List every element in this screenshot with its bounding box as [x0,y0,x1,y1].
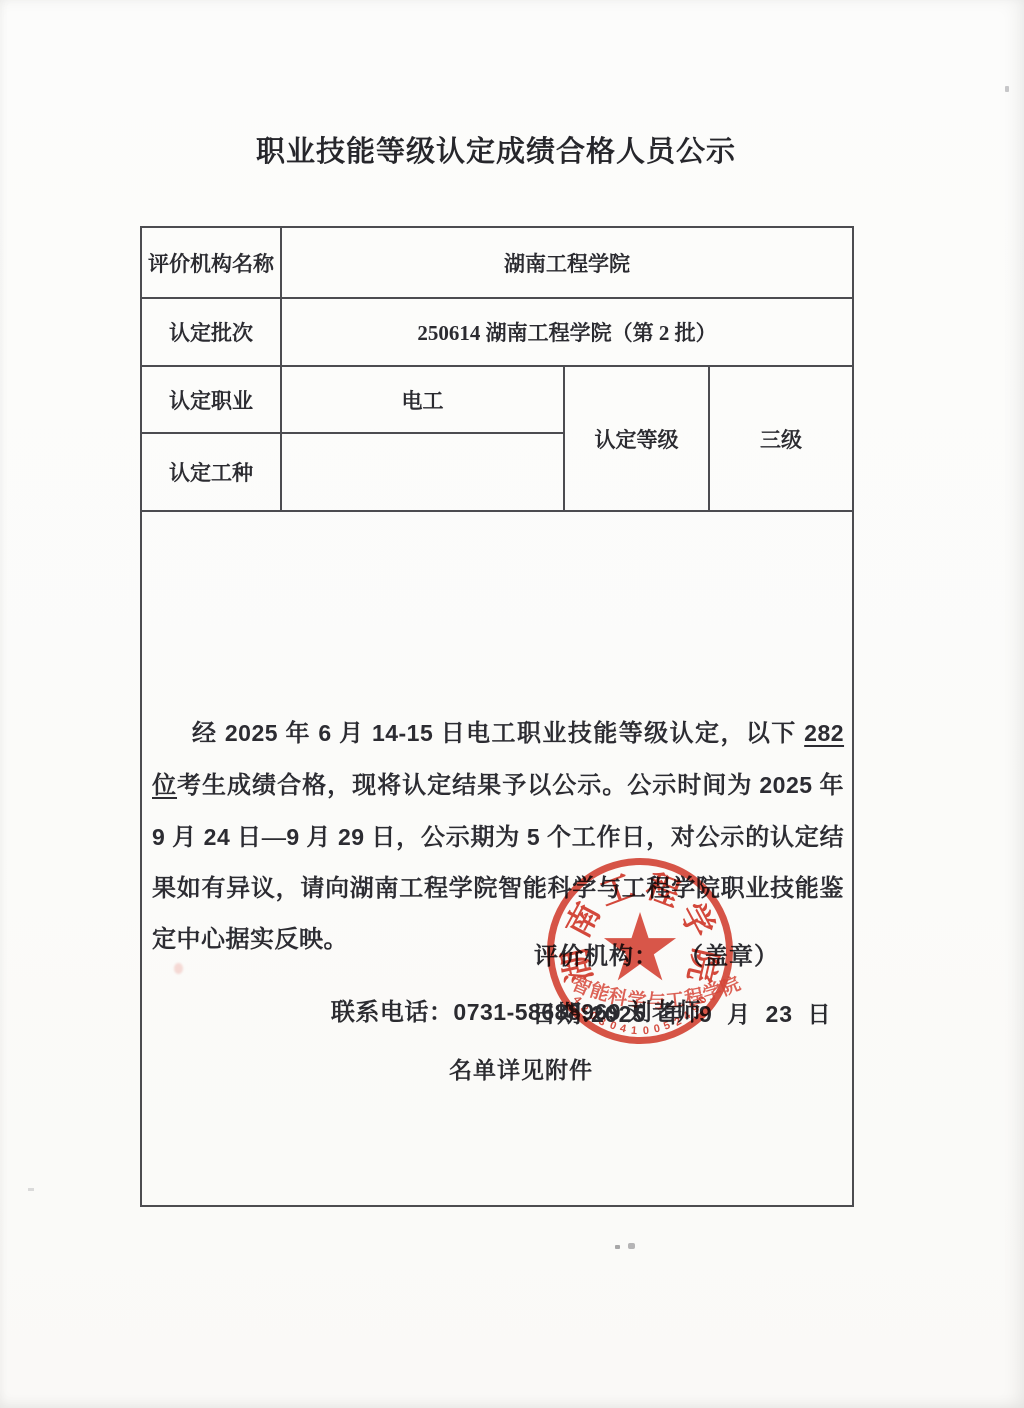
row-label-evaluating-org: 评价机构名称 [141,227,281,298]
table-row: 评价机构名称 湖南工程学院 [141,227,853,298]
issuer-label: 评价机构： [534,944,659,970]
attachment-note: 名单详见附件 [198,1052,844,1085]
certification-info-table: 评价机构名称 湖南工程学院 认定批次 250614 湖南工程学院（第 2 批） … [140,226,854,1207]
date-prefix: 日期: [532,1002,591,1028]
scanned-document-page: 职业技能等级认定成绩合格人员公示 评价机构名称 湖南工程学院 认定批次 2506… [0,0,1024,1408]
scan-artifact [615,1245,620,1249]
row-value-occupation: 电工 [281,366,564,433]
stamp-note: （盖章） [691,944,779,970]
notice-paragraph: 经 2025 年 6 月 14-15 日电工职业技能等级认定，以下 282 位考… [152,708,844,966]
notice-body-cell: 经 2025 年 6 月 14-15 日电工职业技能等级认定，以下 282 位考… [141,511,853,1206]
row-label-batch: 认定批次 [141,298,281,366]
issuer-line: 评价机构：（盖章） [534,936,779,971]
row-label-occupation: 认定职业 [141,366,281,433]
scan-artifact [1005,86,1009,92]
table-row: 认定职业 电工 认定等级 三级 [141,366,853,433]
row-value-evaluating-org: 湖南工程学院 [281,227,853,298]
row-value-batch: 250614 湖南工程学院（第 2 批） [281,298,853,366]
scan-artifact [28,1188,34,1191]
grade-value-cell: 三级 [709,366,853,511]
row-label-work-type: 认定工种 [141,433,281,511]
table-row: 经 2025 年 6 月 14-15 日电工职业技能等级认定，以下 282 位考… [141,511,853,1206]
page-title: 职业技能等级认定成绩合格人员公示 [140,129,852,170]
row-value-work-type [281,433,564,511]
grade-label-cell: 认定等级 [564,366,709,511]
table-row: 认定批次 250614 湖南工程学院（第 2 批） [141,298,853,366]
scan-artifact [628,1243,635,1249]
date-value: 2025 年 9 月 23 日 [591,1001,832,1027]
date-line: 日期:2025 年 9 月 23 日 [532,994,832,1029]
